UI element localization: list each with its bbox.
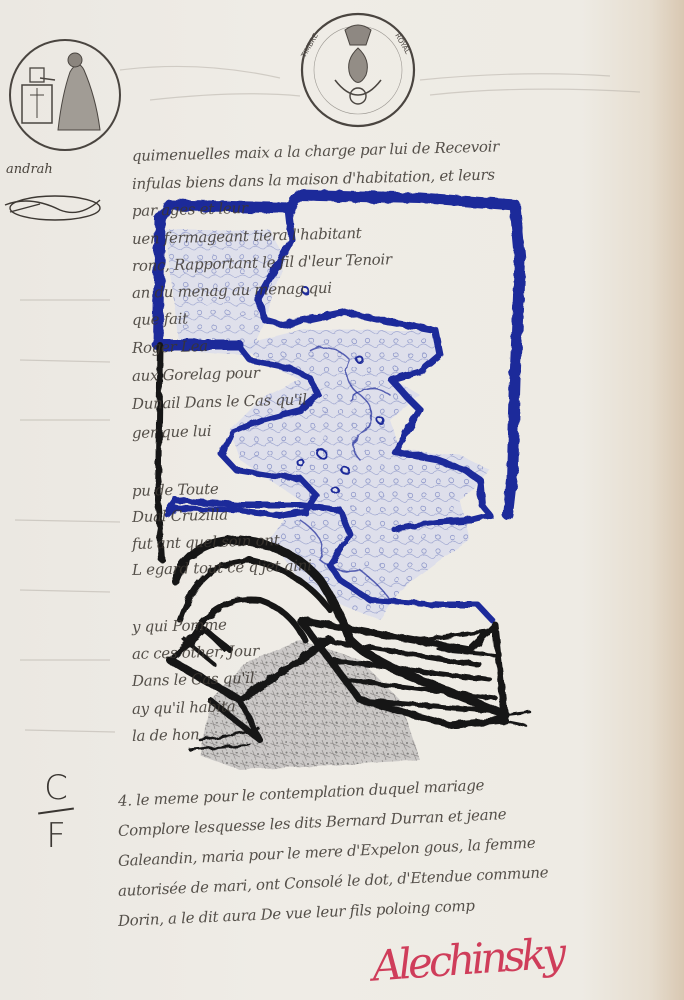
- manuscript-line: Roger Lea: [132, 337, 208, 357]
- svg-text:ROYAL: ROYAL: [393, 32, 411, 55]
- initials-divider: [38, 808, 74, 815]
- svg-text:TIMBRE: TIMBRE: [299, 32, 320, 60]
- manuscript-line: que fait: [132, 310, 188, 329]
- artwork-page: TIMBRE ROYAL: [0, 0, 684, 1000]
- manuscript-line: pu de Toute: [132, 480, 219, 500]
- manuscript-line: ay qu'il habita: [132, 697, 236, 718]
- manuscript-line: y qui Pomme: [132, 616, 227, 636]
- margin-flourish: [5, 196, 100, 220]
- manuscript-line: aux Gorelag pour: [132, 364, 260, 385]
- manuscript-line: fut ant quel soin ont: [132, 531, 280, 553]
- manuscript-line: par ages et leur: [132, 199, 248, 220]
- initial-c: C: [36, 770, 76, 806]
- crest-seal-icon: TIMBRE ROYAL: [299, 14, 414, 126]
- manuscript-line: Dual Cruzilla: [132, 505, 228, 526]
- manuscript-line: Dans le Cas qu'il: [132, 669, 255, 690]
- manuscript-line: ger que lui: [132, 422, 212, 442]
- margin-initials: C F: [36, 770, 76, 854]
- manuscript-line: ac ces other, Jour: [132, 642, 259, 663]
- figure-seal-icon: [10, 40, 120, 150]
- manuscript-line: la de hon: [132, 725, 200, 745]
- initial-f: F: [36, 818, 76, 854]
- margin-note: andrah: [6, 162, 53, 177]
